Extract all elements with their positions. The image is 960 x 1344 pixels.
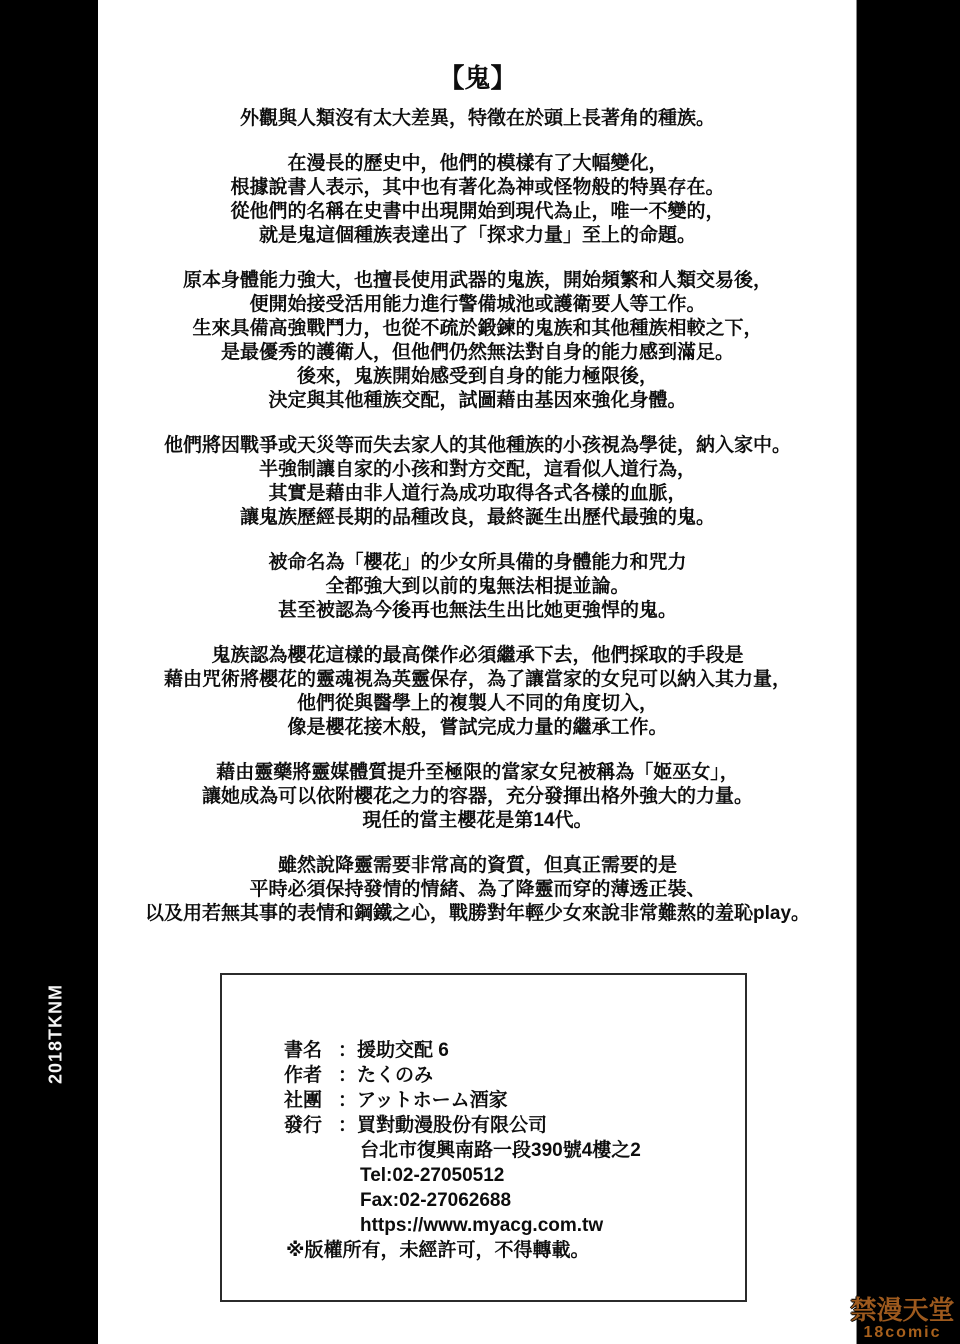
- site-watermark: 禁漫天堂 18comic: [845, 1296, 960, 1341]
- text-line: 決定與其他種族交配，試圖藉由基因來強化身體。: [98, 389, 857, 413]
- text-line: 從他們的名稱在史書中出現開始到現代為止，唯一不變的，: [98, 200, 857, 224]
- colophon-value: ：アットホーム酒家: [338, 1090, 508, 1111]
- colophon-value: ：援助交配 6: [338, 1040, 449, 1061]
- watermark-logo-text: 禁漫天堂: [845, 1296, 960, 1324]
- text-line: 原本身體能力強大，也擅長使用武器的鬼族，開始頻繁和人類交易後，: [98, 269, 857, 293]
- paragraph-7: 藉由靈藥將靈媒體質提升至極限的當家女兒被稱為「姬巫女」， 讓她成為可以依附櫻花之…: [98, 761, 857, 833]
- side-label-2018tknm: 2018TKNM: [46, 984, 67, 1084]
- text-line: 外觀與人類沒有太大差異，特徵在於頭上長著角的種族。: [98, 107, 857, 131]
- article: 【鬼】 外觀與人類沒有太大差異，特徵在於頭上長著角的種族。 在漫長的歷史中，他們…: [98, 0, 857, 947]
- colophon-label: 作者: [284, 1063, 338, 1088]
- paragraph-3: 原本身體能力強大，也擅長使用武器的鬼族，開始頻繁和人類交易後， 便開始接受活用能…: [98, 269, 857, 413]
- text-line: 以及用若無其事的表情和鋼鐵之心，戰勝對年輕少女來說非常難熬的羞恥play。: [98, 902, 857, 926]
- text-line: 像是櫻花接木般，嘗試完成力量的繼承工作。: [98, 716, 857, 740]
- text-line: 讓鬼族歷經長期的品種改良，最終誕生出歷代最強的鬼。: [98, 506, 857, 530]
- text-line: 便開始接受活用能力進行警備城池或護衛要人等工作。: [98, 293, 857, 317]
- left-black-border: [0, 0, 98, 1344]
- text-line: 他們從與醫學上的複製人不同的角度切入，: [98, 692, 857, 716]
- text-line: 鬼族認為櫻花這樣的最高傑作必須繼承下去，他們採取的手段是: [98, 644, 857, 668]
- colophon-row-title: 書名：援助交配 6: [222, 1038, 745, 1063]
- text-line: 全都強大到以前的鬼無法相提並論。: [98, 575, 857, 599]
- copyright-notice: ※版權所有，未經許可，不得轉載。: [222, 1238, 745, 1263]
- text-line: 就是鬼這個種族表達出了「探求力量」至上的命題。: [98, 224, 857, 248]
- page-title: 【鬼】: [98, 62, 857, 95]
- paragraph-6: 鬼族認為櫻花這樣的最高傑作必須繼承下去，他們採取的手段是 藉由咒術將櫻花的靈魂視…: [98, 644, 857, 740]
- text-line: 後來，鬼族開始感受到自身的能力極限後，: [98, 365, 857, 389]
- colophon-label: 發行: [284, 1113, 338, 1138]
- text-line: 現任的當主櫻花是第14代。: [98, 809, 857, 833]
- colophon-row-publisher: 發行：買對動漫股份有限公司: [222, 1113, 745, 1138]
- text-line: 讓她成為可以依附櫻花之力的容器，充分發揮出格外強大的力量。: [98, 785, 857, 809]
- colophon-label: 社團: [284, 1088, 338, 1113]
- colophon-label: 書名: [284, 1038, 338, 1063]
- text-line: 被命名為「櫻花」的少女所具備的身體能力和咒力: [98, 551, 857, 575]
- text-line: 藉由咒術將櫻花的靈魂視為英靈保存，為了讓當家的女兒可以納入其力量，: [98, 668, 857, 692]
- paragraph-1: 外觀與人類沒有太大差異，特徵在於頭上長著角的種族。: [98, 107, 857, 131]
- text-line: 其實是藉由非人道行為成功取得各式各樣的血脈，: [98, 482, 857, 506]
- publisher-url: https://www.myacg.com.tw: [222, 1213, 745, 1238]
- text-line: 在漫長的歷史中，他們的模樣有了大幅變化，: [98, 152, 857, 176]
- text-line: 半強制讓自家的小孩和對方交配，這看似人道行為，: [98, 458, 857, 482]
- publisher-address: 台北市復興南路一段390號4樓之2: [222, 1138, 745, 1163]
- colophon-row-circle: 社團：アットホーム酒家: [222, 1088, 745, 1113]
- publisher-tel: Tel:02-27050512: [222, 1163, 745, 1188]
- paragraph-5: 被命名為「櫻花」的少女所具備的身體能力和咒力 全都強大到以前的鬼無法相提並論。 …: [98, 551, 857, 623]
- right-black-border: [857, 0, 960, 1344]
- colophon-row-author: 作者：たくのみ: [222, 1063, 745, 1088]
- text-line: 是最優秀的護衛人，但他們仍然無法對自身的能力感到滿足。: [98, 341, 857, 365]
- text-line: 生來具備高強戰鬥力，也從不疏於鍛鍊的鬼族和其他種族相較之下，: [98, 317, 857, 341]
- colophon-value: ：買對動漫股份有限公司: [338, 1115, 547, 1136]
- colophon-box: 書名：援助交配 6 作者：たくのみ 社團：アットホーム酒家 發行：買對動漫股份有…: [220, 973, 747, 1302]
- paragraph-4: 他們將因戰爭或天災等而失去家人的其他種族的小孩視為學徒，納入家中。 半強制讓自家…: [98, 434, 857, 530]
- text-line: 他們將因戰爭或天災等而失去家人的其他種族的小孩視為學徒，納入家中。: [98, 434, 857, 458]
- paragraph-8: 雖然說降靈需要非常高的資質，但真正需要的是 平時必須保持發情的情緒、為了降靈而穿…: [98, 854, 857, 926]
- watermark-sub-text: 18comic: [845, 1324, 960, 1341]
- text-line: 藉由靈藥將靈媒體質提升至極限的當家女兒被稱為「姬巫女」，: [98, 761, 857, 785]
- paragraph-2: 在漫長的歷史中，他們的模樣有了大幅變化， 根據說書人表示，其中也有著化為神或怪物…: [98, 152, 857, 248]
- text-line: 平時必須保持發情的情緒、為了降靈而穿的薄透正裝、: [98, 878, 857, 902]
- publisher-fax: Fax:02-27062688: [222, 1188, 745, 1213]
- text-line: 根據說書人表示，其中也有著化為神或怪物般的特異存在。: [98, 176, 857, 200]
- text-line: 甚至被認為今後再也無法生出比她更強悍的鬼。: [98, 599, 857, 623]
- colophon-value: ：たくのみ: [338, 1065, 433, 1086]
- text-line: 雖然說降靈需要非常高的資質，但真正需要的是: [98, 854, 857, 878]
